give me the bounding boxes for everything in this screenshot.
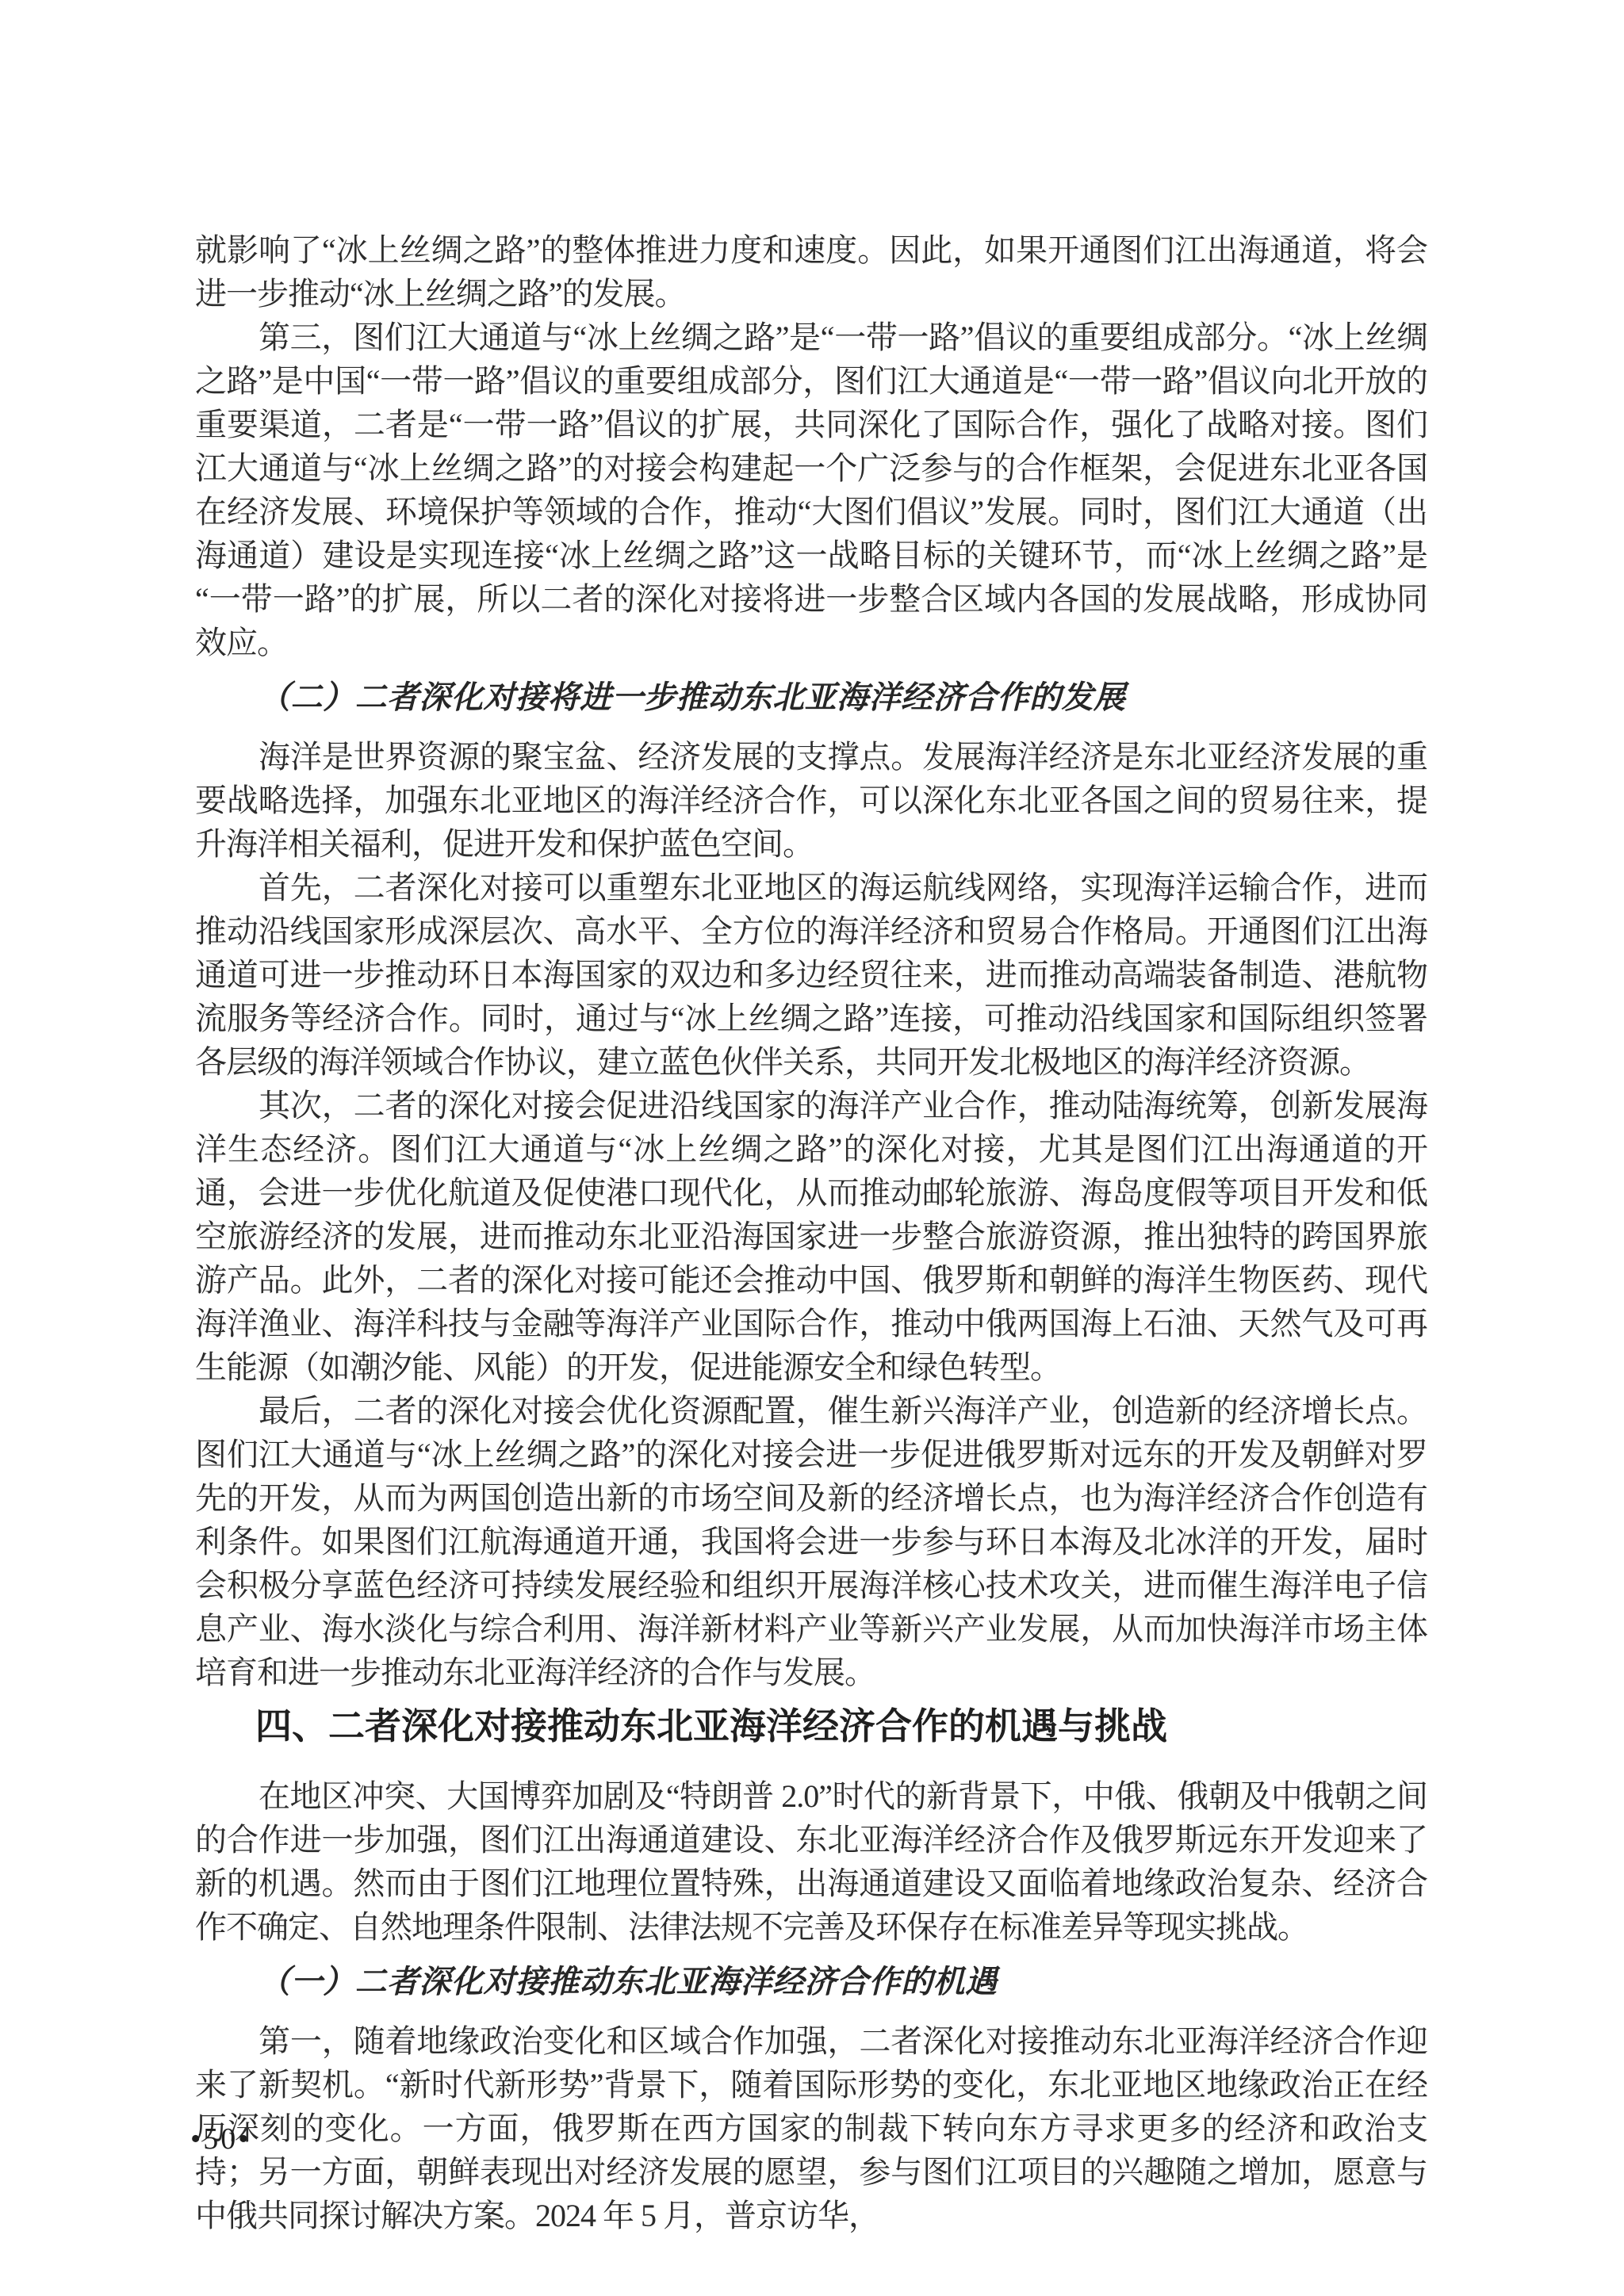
subsection-heading: （二）二者深化对接将进一步推动东北亚海洋经济合作的发展 [195,675,1427,719]
paragraph: 首先，二者深化对接可以重塑东北亚地区的海运航线网络，实现海洋运输合作，进而推动沿… [195,866,1427,1084]
subsection-heading: （一）二者深化对接推动东北亚海洋经济合作的机遇 [195,1960,1427,2003]
paragraph: 其次，二者的深化对接会促进沿线国家的海洋产业合作，推动陆海统筹，创新发展海洋生态… [195,1084,1427,1389]
paragraph: 第一，随着地缘政治变化和区域合作加强，二者深化对接推动东北亚海洋经济合作迎来了新… [195,2019,1427,2237]
paragraph: 就影响了“冰上丝绸之路”的整体推进力度和速度。因此，如果开通图们江出海通道，将会… [195,228,1427,316]
paragraph: 第三，图们江大通道与“冰上丝绸之路”是“一带一路”倡议的重要组成部分。“冰上丝绸… [195,316,1427,664]
paragraph: 在地区冲突、大国博弈加剧及“特朗普 2.0”时代的新背景下，中俄、俄朝及中俄朝之… [195,1774,1427,1949]
article-body: 就影响了“冰上丝绸之路”的整体推进力度和速度。因此，如果开通图们江出海通道，将会… [195,228,1427,2237]
paragraph: 海洋是世界资源的聚宝盆、经济发展的支撑点。发展海洋经济是东北亚经济发展的重要战略… [195,735,1427,866]
paragraph: 最后，二者的深化对接会优化资源配置，催生新兴海洋产业，创造新的经济增长点。图们江… [195,1389,1427,1694]
section-heading: 四、二者深化对接推动东北亚海洋经济合作的机遇与挑战 [195,1701,1427,1751]
document-page: 就影响了“冰上丝绸之路”的整体推进力度和速度。因此，如果开通图们江出海通道，将会… [0,0,1624,2296]
page-number: •50• [190,2122,251,2156]
